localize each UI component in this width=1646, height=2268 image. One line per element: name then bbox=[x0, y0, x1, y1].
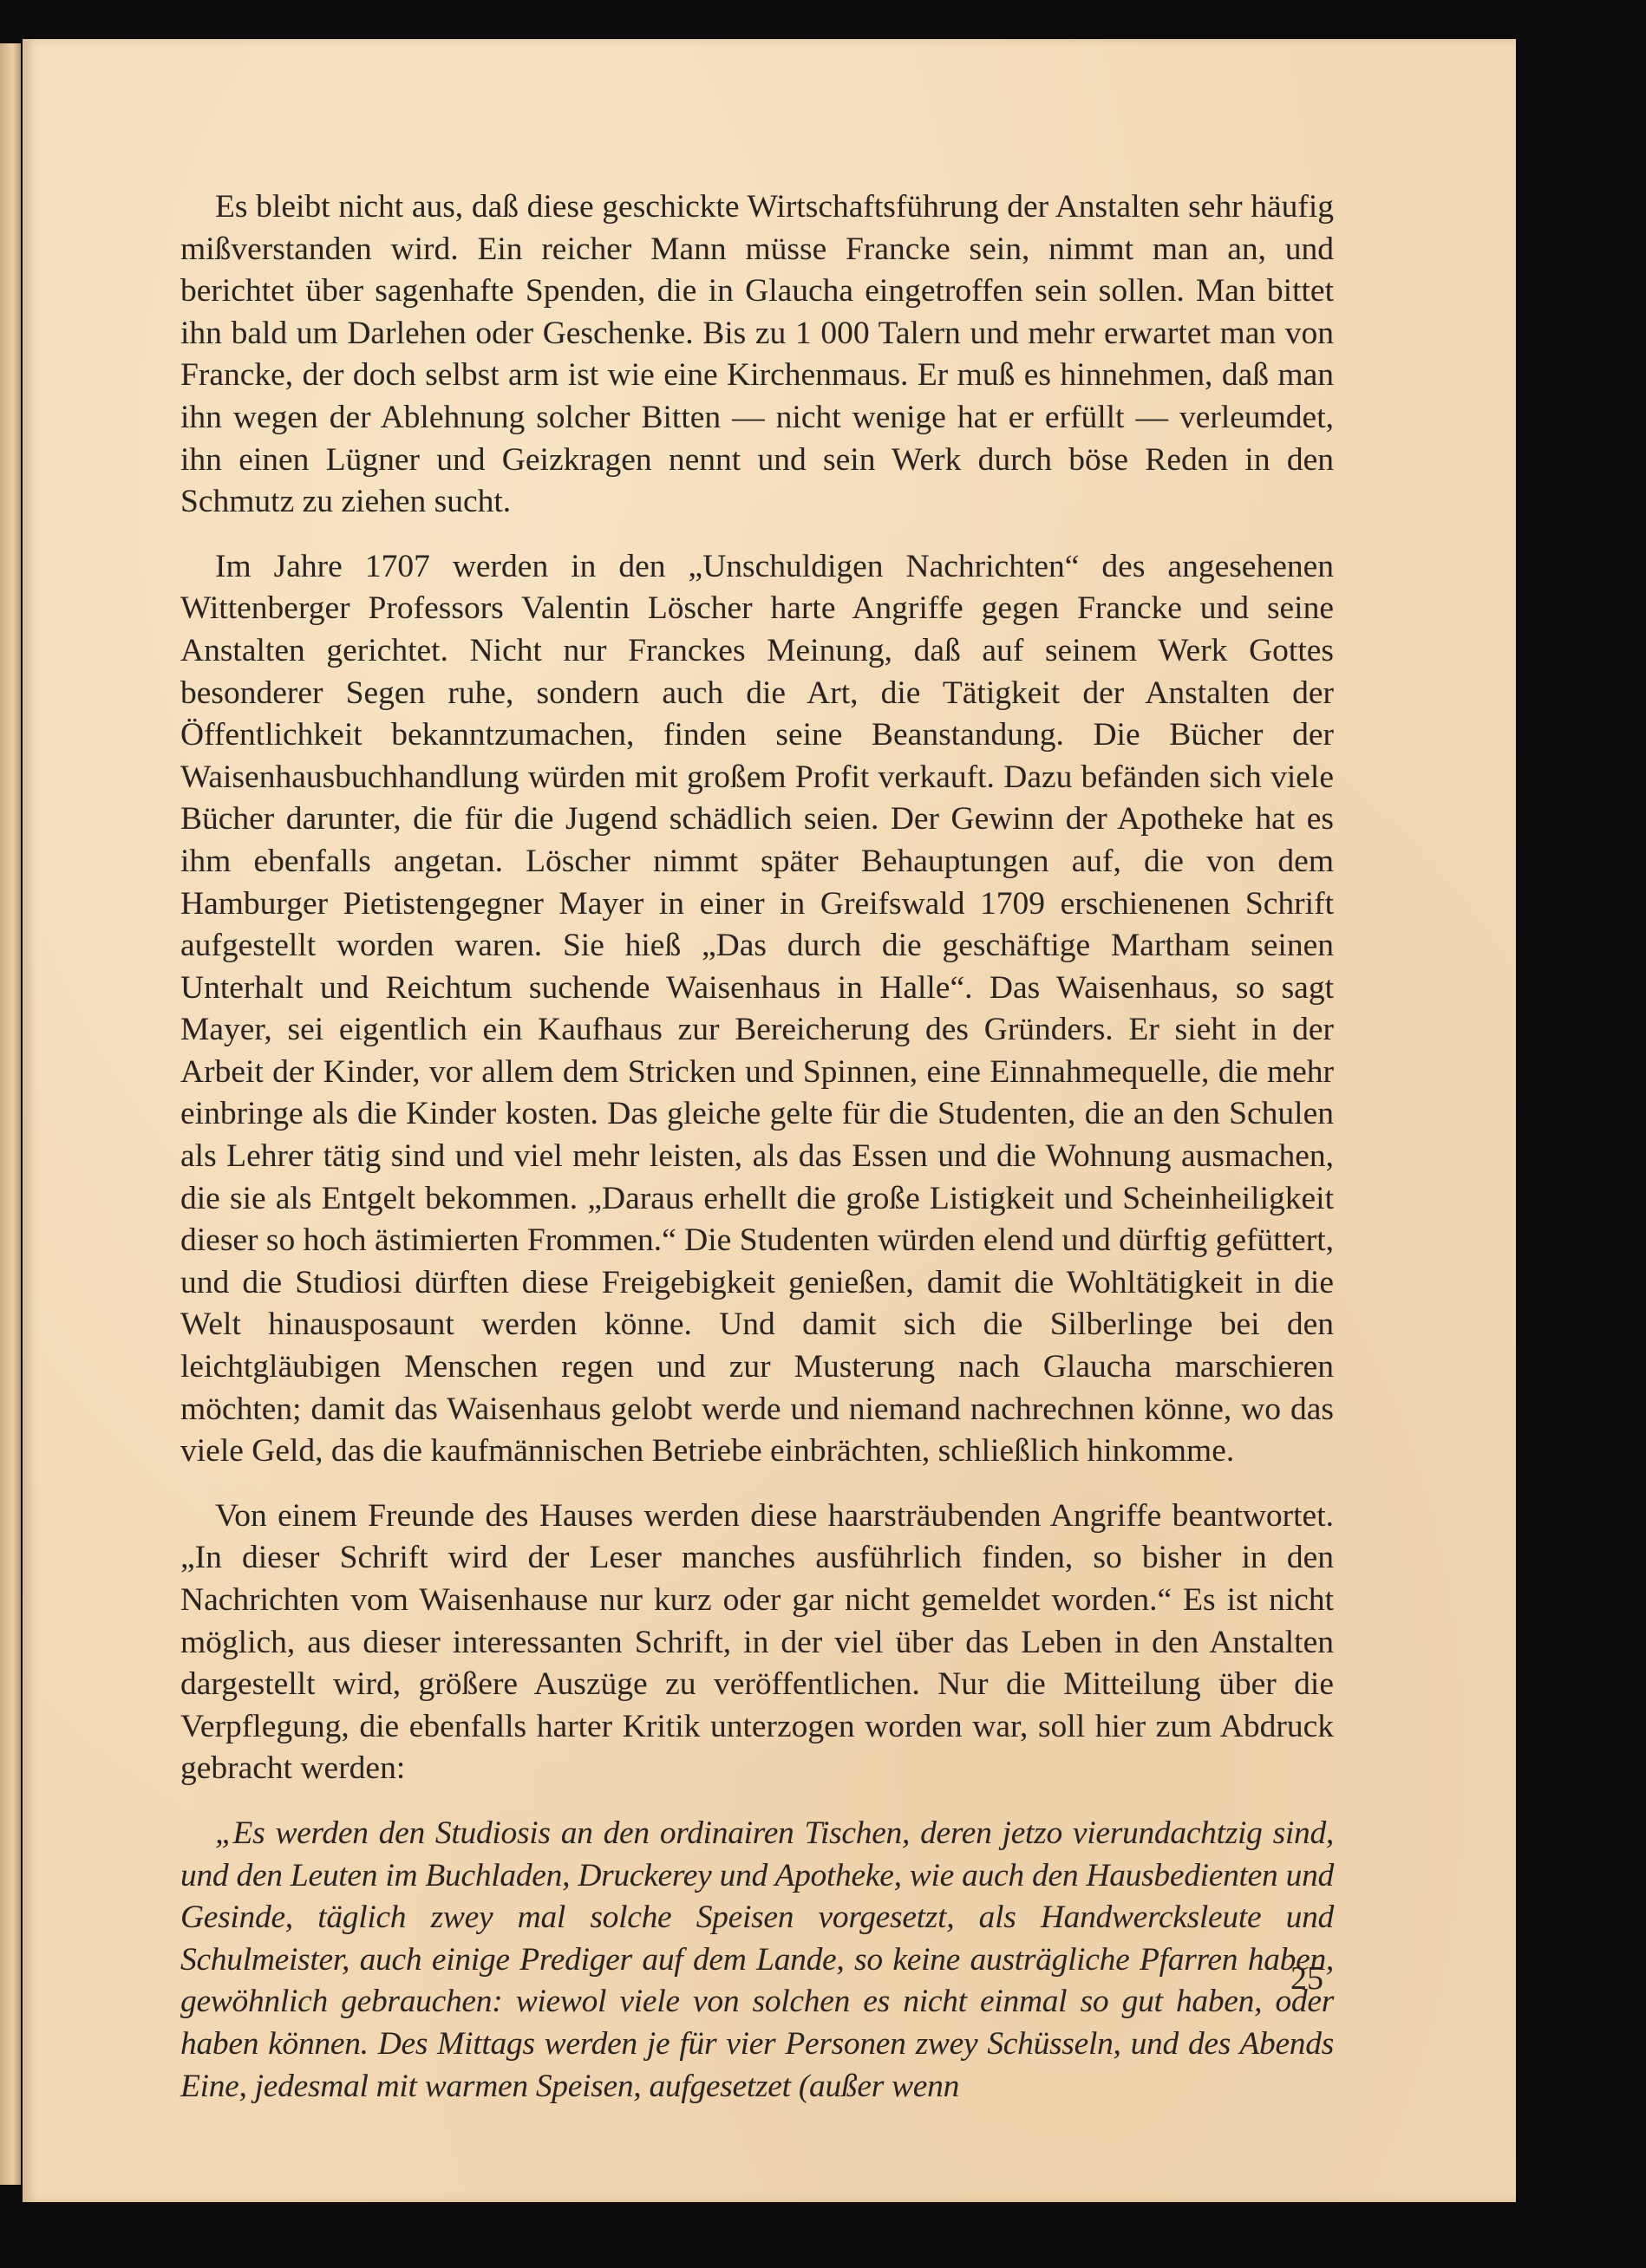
paragraph-antwort-freund: Von einem Freunde des Hauses werden dies… bbox=[180, 1496, 1334, 1790]
book-page: Es bleibt nicht aus, daß diese geschickt… bbox=[23, 39, 1516, 2202]
page-number: 25 bbox=[1290, 1959, 1323, 1998]
paragraph-wirtschaftsfuehrung: Es bleibt nicht aus, daß diese geschickt… bbox=[180, 186, 1334, 524]
quotation-verpflegung: „Es werden den Studiosis an den ordinair… bbox=[180, 1813, 1334, 2108]
body-text: Es bleibt nicht aus, daß diese geschickt… bbox=[180, 186, 1334, 2108]
adjacent-page-edge bbox=[0, 43, 21, 2185]
paragraph-angriffe-loescher: Im Jahre 1707 werden in den „Unschuldige… bbox=[180, 546, 1334, 1473]
